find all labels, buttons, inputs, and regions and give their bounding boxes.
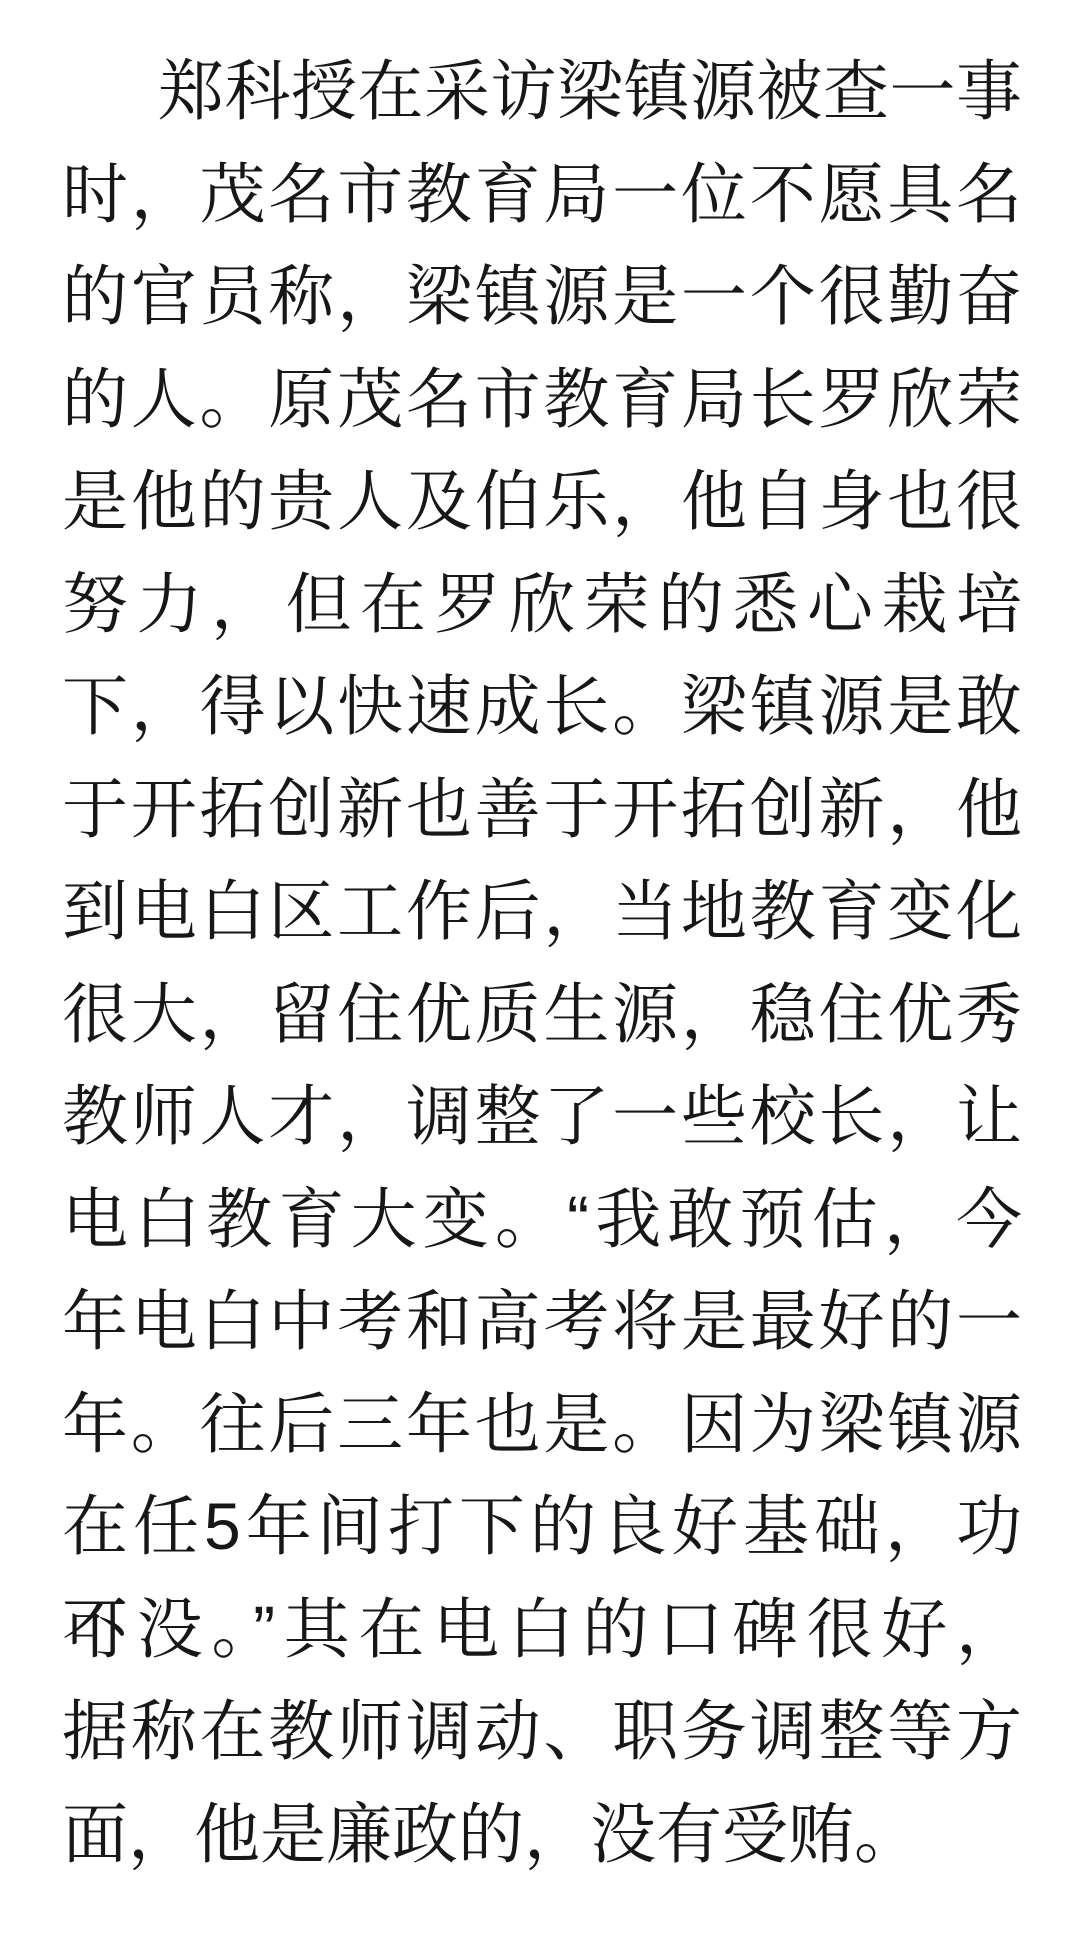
text-line-17: 据称在教师调动、职务调整等方: [62, 1680, 1022, 1783]
article-paragraph: 郑科授在采访梁镇源被查一事 时，茂名市教育局一位不愿具名 的官员称，梁镇源是一个…: [0, 0, 1080, 1885]
article-page: 郑科授在采访梁镇源被查一事 时，茂名市教育局一位不愿具名 的官员称，梁镇源是一个…: [0, 0, 1080, 1952]
text-line-5: 是他的贵人及伯乐，他自身也很: [62, 450, 1022, 553]
text-line-9: 到电白区工作后，当地教育变化: [62, 860, 1022, 963]
text-line-6: 努力，但在罗欣荣的悉心栽培: [62, 553, 1022, 656]
text-line-4: 的人。原茂名市教育局长罗欣荣: [62, 348, 1022, 451]
text-line-2: 时，茂名市教育局一位不愿具名: [62, 143, 1022, 246]
text-line-7: 下，得以快速成长。梁镇源是敢: [62, 655, 1022, 758]
text-line-3: 的官员称，梁镇源是一个很勤奋: [62, 245, 1022, 348]
text-line-18: 面，他是廉政的，没有受贿。: [62, 1783, 1022, 1886]
text-line-15: 在任5年间打下的良好基础，功不: [62, 1475, 1022, 1578]
text-line-13: 年电白中考和高考将是最好的一: [62, 1270, 1022, 1373]
text-line-1: 郑科授在采访梁镇源被查一事: [62, 40, 1022, 143]
text-line-12: 电白教育大变。“我敢预估，今: [62, 1168, 1022, 1271]
text-line-10: 很大，留住优质生源，稳住优秀: [62, 963, 1022, 1066]
text-line-14: 年。往后三年也是。因为梁镇源: [62, 1373, 1022, 1476]
text-line-11: 教师人才，调整了一些校长，让: [62, 1065, 1022, 1168]
text-line-8: 于开拓创新也善于开拓创新，他: [62, 758, 1022, 861]
text-line-16: 可没。”其在电白的口碑很好，: [62, 1578, 1022, 1681]
